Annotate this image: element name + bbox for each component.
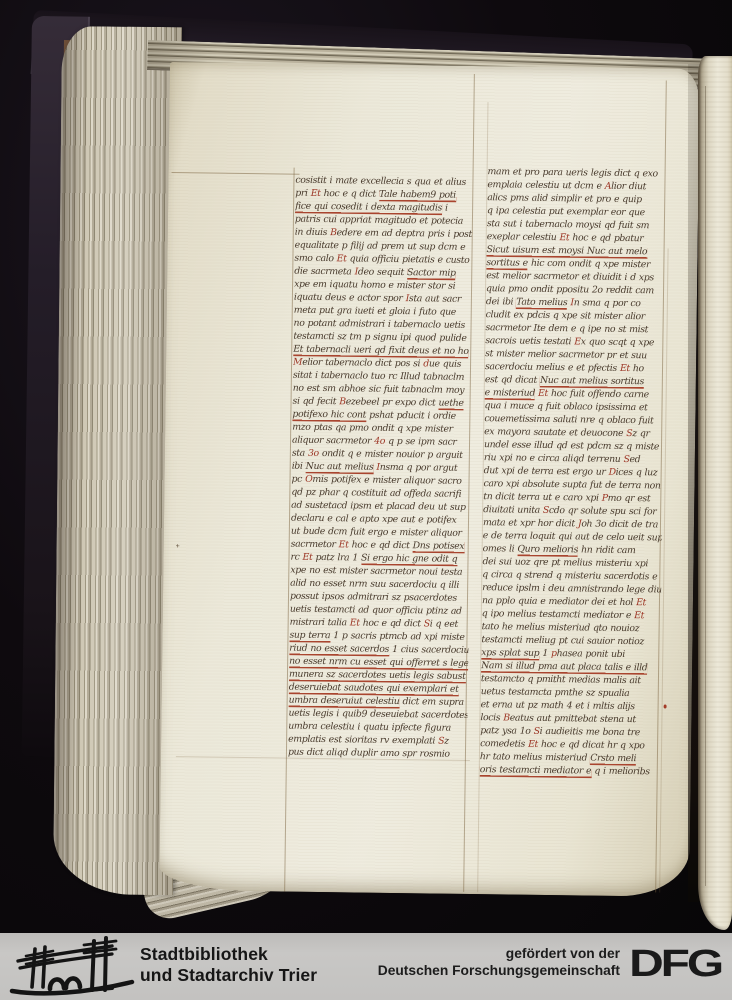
digitized-manuscript-photo: + cosistit i mate excellecia s qua et al… <box>0 0 732 1000</box>
manuscript-column-left: cosistit i mate excellecia s qua et aliu… <box>288 175 475 762</box>
footer-banner: Stadtbibliothek und Stadtarchiv Trier ge… <box>0 933 732 1000</box>
funding-credit-line1: gefördert von der <box>378 946 620 963</box>
dfg-logo: DFG <box>629 941 721 985</box>
trier-bridge-sketch-icon <box>8 935 138 999</box>
fore-edge-crease-line <box>705 86 706 886</box>
rubric-speck <box>664 705 667 709</box>
manuscript-column-right: mam et pro para ueris legis dict q exoem… <box>480 166 667 779</box>
manuscript-line: oris testamcti mediator e q i melioribs <box>480 764 659 779</box>
funding-credit: gefördert von der Deutschen Forschungsge… <box>378 946 620 979</box>
library-name-line2: und Stadtarchiv Trier <box>140 965 317 986</box>
funding-credit-line2: Deutschen Forschungsgemeinschaft <box>378 963 620 980</box>
manuscript-line: pus dict aliqd duplir amo spr rosmio <box>288 747 467 762</box>
margin-mark: + <box>176 544 181 550</box>
ruling-line-horizontal-top <box>172 172 300 175</box>
library-name: Stadtbibliothek und Stadtarchiv Trier <box>140 944 317 986</box>
library-name-line1: Stadtbibliothek <box>140 944 317 965</box>
manuscript-page: + cosistit i mate excellecia s qua et al… <box>159 62 700 897</box>
page-stack-fore-edge-right <box>698 56 732 930</box>
